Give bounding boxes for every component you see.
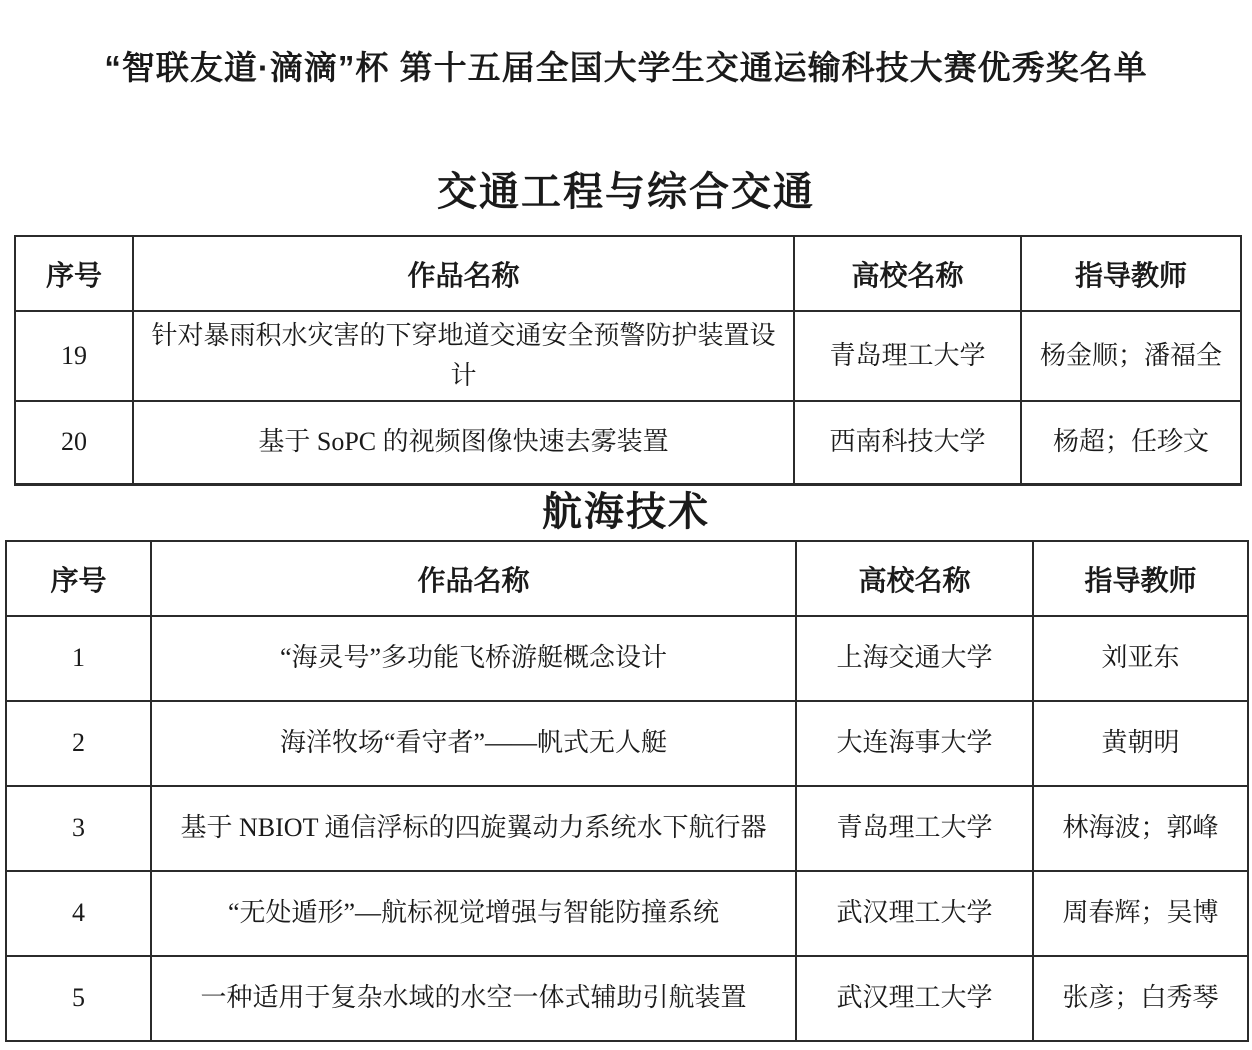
cell-teachers: 张彦；白秀琴	[1033, 956, 1248, 1041]
document-page: “智联友道·滴滴”杯 第十五届全国大学生交通运输科技大赛优秀奖名单 交通工程与综…	[0, 0, 1252, 1050]
cell-university: 大连海事大学	[796, 701, 1033, 786]
column-header-no: 序号	[6, 541, 151, 616]
table-row: 20 基于 SoPC 的视频图像快速去雾装置 西南科技大学 杨超；任珍文	[15, 401, 1241, 484]
column-header-teachers: 指导教师	[1033, 541, 1248, 616]
cell-work: 针对暴雨积水灾害的下穿地道交通安全预警防护装置设计	[133, 311, 794, 401]
cell-teachers: 林海波；郭峰	[1033, 786, 1248, 871]
column-header-work: 作品名称	[133, 236, 794, 311]
column-header-work: 作品名称	[151, 541, 796, 616]
cell-university: 青岛理工大学	[796, 786, 1033, 871]
cell-no: 1	[6, 616, 151, 701]
section-heading-traffic-engineering: 交通工程与综合交通	[0, 160, 1252, 217]
cell-teachers: 刘亚东	[1033, 616, 1248, 701]
cell-teachers: 周春辉；吴博	[1033, 871, 1248, 956]
cell-teachers: 黄朝明	[1033, 701, 1248, 786]
cell-work: “海灵号”多功能飞桥游艇概念设计	[151, 616, 796, 701]
cell-teachers: 杨超；任珍文	[1021, 401, 1241, 484]
cell-work: 基于 NBIOT 通信浮标的四旋翼动力系统水下航行器	[151, 786, 796, 871]
table-header-row: 序号 作品名称 高校名称 指导教师	[6, 541, 1248, 616]
cell-work: 海洋牧场“看守者”——帆式无人艇	[151, 701, 796, 786]
table-header-row: 序号 作品名称 高校名称 指导教师	[15, 236, 1241, 311]
cell-no: 4	[6, 871, 151, 956]
cell-no: 3	[6, 786, 151, 871]
column-header-university: 高校名称	[796, 541, 1033, 616]
section-heading-navigation-technology: 航海技术	[0, 480, 1252, 537]
awards-table-traffic-engineering: 序号 作品名称 高校名称 指导教师 19 针对暴雨积水灾害的下穿地道交通安全预警…	[14, 235, 1242, 486]
cell-work: 一种适用于复杂水域的水空一体式辅助引航装置	[151, 956, 796, 1041]
cell-work: “无处遁形”—航标视觉增强与智能防撞系统	[151, 871, 796, 956]
cell-work: 基于 SoPC 的视频图像快速去雾装置	[133, 401, 794, 484]
table-row: 5 一种适用于复杂水域的水空一体式辅助引航装置 武汉理工大学 张彦；白秀琴	[6, 956, 1248, 1041]
cell-university: 武汉理工大学	[796, 871, 1033, 956]
table-row: 19 针对暴雨积水灾害的下穿地道交通安全预警防护装置设计 青岛理工大学 杨金顺；…	[15, 311, 1241, 401]
awards-table-navigation-technology: 序号 作品名称 高校名称 指导教师 1 “海灵号”多功能飞桥游艇概念设计 上海交…	[5, 540, 1249, 1042]
cell-university: 武汉理工大学	[796, 956, 1033, 1041]
cell-university: 青岛理工大学	[794, 311, 1021, 401]
table-row: 4 “无处遁形”—航标视觉增强与智能防撞系统 武汉理工大学 周春辉；吴博	[6, 871, 1248, 956]
table-row: 2 海洋牧场“看守者”——帆式无人艇 大连海事大学 黄朝明	[6, 701, 1248, 786]
cell-university: 上海交通大学	[796, 616, 1033, 701]
column-header-teachers: 指导教师	[1021, 236, 1241, 311]
column-header-university: 高校名称	[794, 236, 1021, 311]
table-row: 1 “海灵号”多功能飞桥游艇概念设计 上海交通大学 刘亚东	[6, 616, 1248, 701]
column-header-no: 序号	[15, 236, 133, 311]
cell-no: 20	[15, 401, 133, 484]
cell-no: 2	[6, 701, 151, 786]
cell-teachers: 杨金顺；潘福全	[1021, 311, 1241, 401]
table-row: 3 基于 NBIOT 通信浮标的四旋翼动力系统水下航行器 青岛理工大学 林海波；…	[6, 786, 1248, 871]
cell-no: 5	[6, 956, 151, 1041]
document-title: “智联友道·滴滴”杯 第十五届全国大学生交通运输科技大赛优秀奖名单	[0, 42, 1252, 89]
cell-no: 19	[15, 311, 133, 401]
cell-university: 西南科技大学	[794, 401, 1021, 484]
